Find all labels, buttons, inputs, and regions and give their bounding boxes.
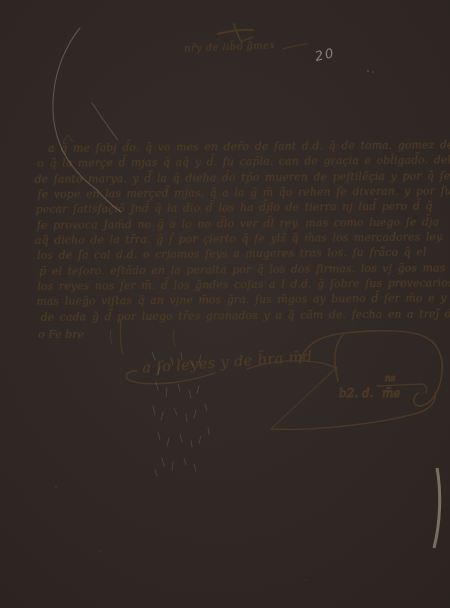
rubric-letters-right: m̃e <box>382 386 400 400</box>
caret-mark <box>63 135 73 142</box>
closing-flourish <box>126 371 215 384</box>
ink-layer: 20 nr̃y de lib̃o g̃mex a q̃ me ſabj d̃o.… <box>0 0 450 608</box>
torn-edge-sliver <box>434 468 440 548</box>
signature-rubric: b2. d. ns m̃e <box>271 331 442 430</box>
rubric-letters-superscript: ns <box>385 374 396 384</box>
invocation-cross-icon <box>218 24 307 49</box>
bleed-through-marks <box>152 352 209 476</box>
rubric-letters-left: b2. d. <box>339 386 373 400</box>
ink-strokes: b2. d. ns m̃e <box>0 0 450 608</box>
paper-specks <box>55 70 374 580</box>
connector-stroke <box>247 361 337 369</box>
circle-impression <box>53 28 121 212</box>
descender-strokes <box>110 320 175 354</box>
manuscript-photo: 20 nr̃y de lib̃o g̃mex a q̃ me ſabj d̃o.… <box>0 0 450 608</box>
